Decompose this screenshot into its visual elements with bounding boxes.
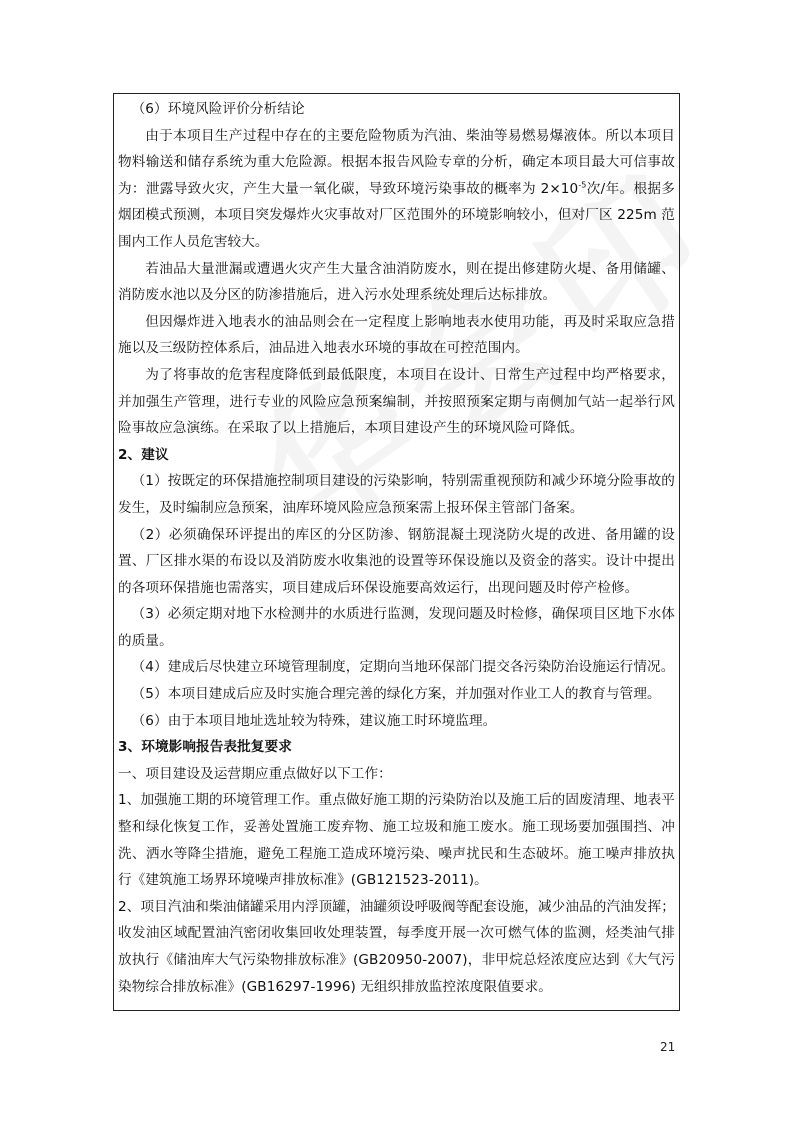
page-number: 21	[660, 1040, 675, 1054]
document-page: 华会印 （6）环境风险评价分析结论 由于本项目生产过程中存在的主要危险物质为汽油…	[0, 0, 793, 1122]
content-frame: （6）环境风险评价分析结论 由于本项目生产过程中存在的主要危险物质为汽油、柴油等…	[113, 93, 680, 1011]
risk-paragraph-2: 若油品大量泄漏或遭遇火灾产生大量含油消防废水，则在提出修建防火堤、备用储罐、消防…	[118, 256, 675, 309]
suggestion-item: （3）必须定期对地下水检测井的水质进行监测，发现问题及时检修，确保项目区地下水体…	[118, 601, 675, 654]
section-3-intro: 一、项目建设及运营期应重点做好以下工作：	[118, 761, 675, 788]
requirement-item: 2、项目汽油和柴油储罐采用内浮顶罐，油罐须设呼吸阀等配套设施，减少油品的汽油发挥…	[118, 894, 675, 1000]
section-3-heading: 3、环境影响报告表批复要求	[118, 734, 675, 761]
risk-paragraph-4: 为了将事故的危害程度降低到最低限度，本项目在设计、日常生产过程中均严格要求，并加…	[118, 362, 675, 442]
suggestion-item: （4）建成后尽快建立环境管理制度，定期向当地环保部门提交各污染防治设施运行情况。	[118, 654, 675, 681]
requirement-item: 1、加强施工期的环境管理工作。重点做好施工期的污染防治以及施工后的固废清理、地表…	[118, 787, 675, 893]
risk-paragraph-3: 但因爆炸进入地表水的油品则会在一定程度上影响地表水使用功能，再及时采取应急措施以…	[118, 309, 675, 362]
suggestion-item: （2）必须确保环评提出的库区的分区防渗、钢筋混凝土现浇防火堤的改进、备用罐的设置…	[118, 522, 675, 602]
suggestion-item: （5）本项目建成后应及时实施合理完善的绿化方案，并加强对作业工人的教育与管理。	[118, 681, 675, 708]
suggestion-item: （6）由于本项目地址选址较为特殊，建议施工时环境监理。	[118, 708, 675, 735]
probability-exponent: -5	[578, 180, 586, 189]
suggestion-item: （1）按既定的环保措施控制项目建设的污染影响，特别需重视预防和减少环境分险事故的…	[118, 468, 675, 521]
section-6-title: （6）环境风险评价分析结论	[118, 96, 675, 123]
risk-paragraph-1: 由于本项目生产过程中存在的主要危险物质为汽油、柴油等易燃易爆液体。所以本项目物料…	[118, 123, 675, 256]
section-2-heading: 2、建议	[118, 442, 675, 469]
